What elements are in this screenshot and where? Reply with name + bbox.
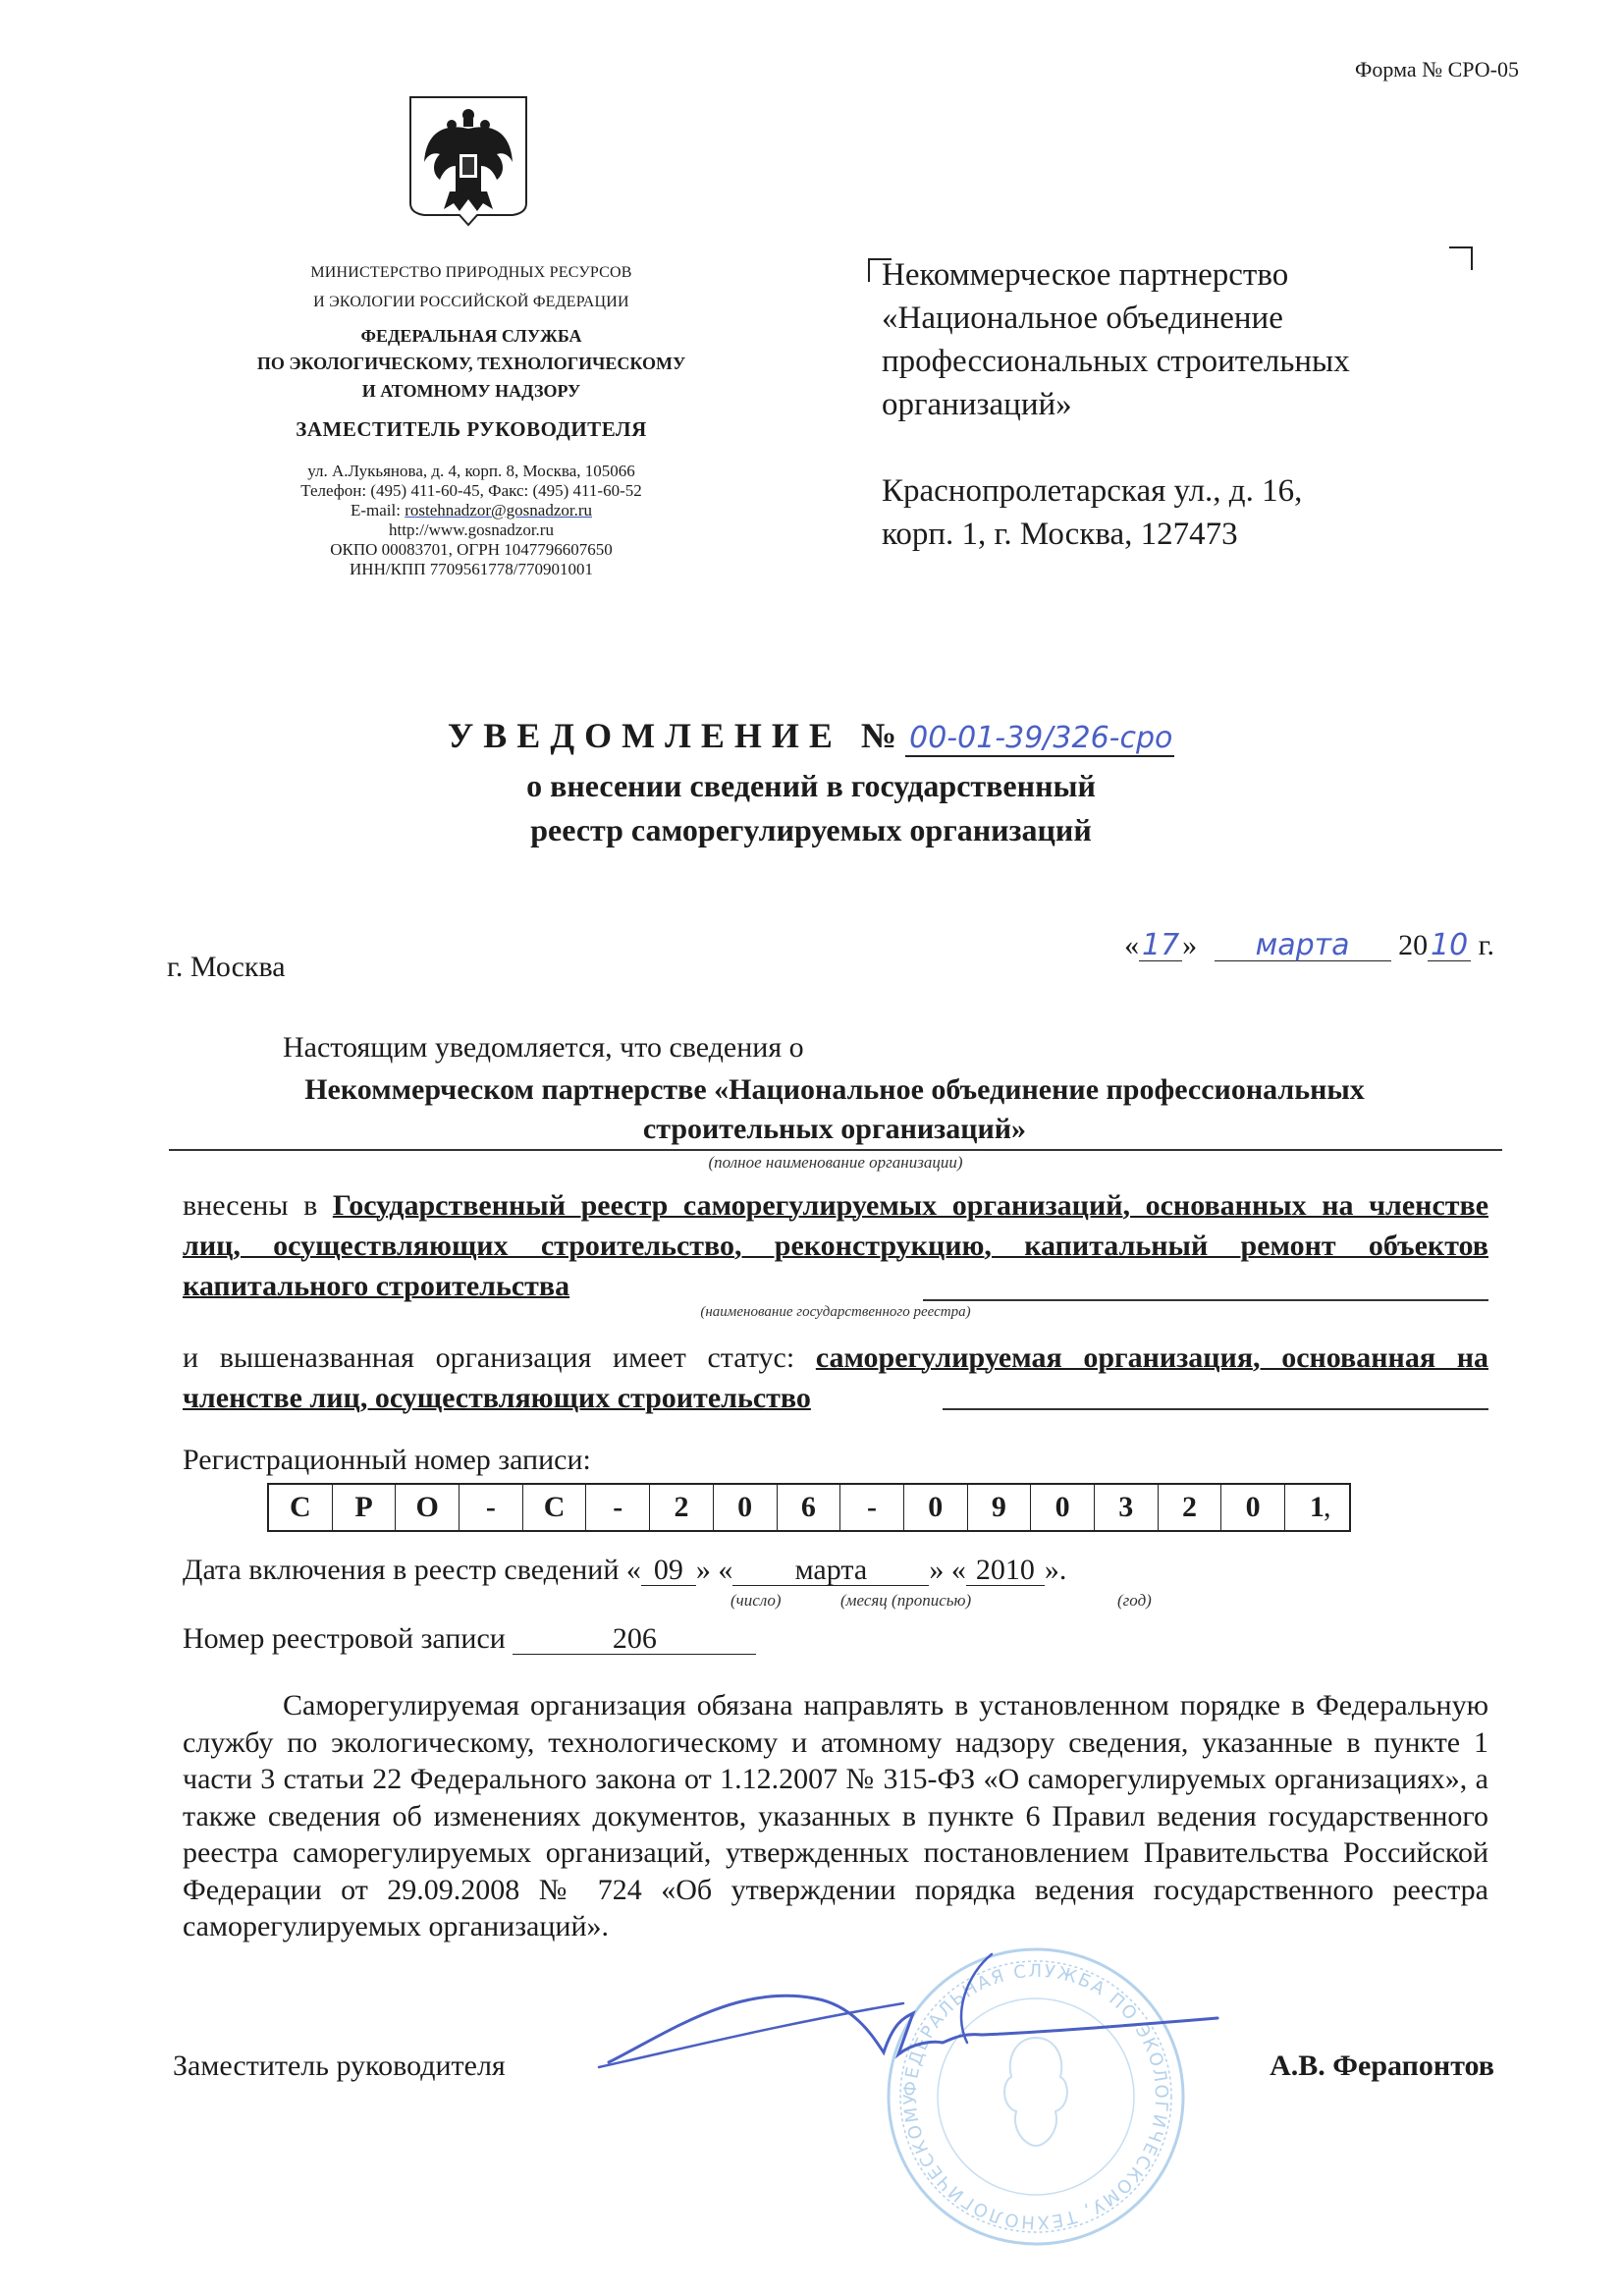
issue-year-suffix: 10	[1428, 931, 1471, 961]
service-line-1: ФЕДЕРАЛЬНАЯ СЛУЖБА	[177, 322, 766, 350]
reg-number-cell: 3	[1095, 1485, 1159, 1530]
inn-kpp: ИНН/КПП 7709561778/770901001	[177, 560, 766, 579]
caption-year: (год)	[1117, 1591, 1152, 1611]
obligation-paragraph: Саморегулируемая организация обязана нап…	[183, 1687, 1488, 1945]
quote-close: »	[1182, 929, 1197, 961]
reg-number-comma: ,	[1324, 1491, 1331, 1524]
recipient-line: профессиональных строительных	[882, 340, 1350, 383]
organization-full-name: Некоммерческом партнерстве «Национальное…	[167, 1070, 1502, 1149]
ministry-line-2: И ЭКОЛОГИИ РОССИЙСКОЙ ФЕДЕРАЦИИ	[177, 289, 766, 316]
recipient-address-line: Краснопролетарская ул., д. 16,	[882, 469, 1350, 513]
reg-number-cell: 0	[714, 1485, 778, 1530]
reg-number-cell: С	[523, 1485, 587, 1530]
email-link[interactable]: rostehnadzor@gosnadzor.ru	[405, 501, 592, 519]
registry-prefix: внесены в	[183, 1189, 333, 1222]
issue-day: 17	[1139, 931, 1182, 961]
ministry-line-1: МИНИСТЕРСТВО ПРИРОДНЫХ РЕСУРСОВ	[177, 257, 766, 289]
year-mark: г.	[1479, 929, 1494, 961]
issue-month: марта	[1215, 931, 1391, 961]
inclusion-day: 09	[641, 1556, 696, 1586]
sender-block: МИНИСТЕРСТВО ПРИРОДНЫХ РЕСУРСОВ И ЭКОЛОГ…	[177, 257, 766, 579]
caption-month: (месяц (прописью)	[840, 1591, 971, 1611]
reg-number-cell: 0	[1221, 1485, 1285, 1530]
status-prefix: и вышеназванная организация имеет статус…	[183, 1341, 816, 1374]
inclusion-month: марта	[732, 1556, 929, 1586]
place: г. Москва	[167, 951, 286, 984]
status-block: и вышеназванная организация имеет статус…	[183, 1338, 1488, 1418]
inclusion-date: Дата включения в реестр сведений «09» «м…	[183, 1554, 1066, 1587]
form-number: Форма № СРО-05	[1355, 57, 1519, 82]
inclusion-label: Дата включения в реестр сведений	[183, 1554, 619, 1586]
notice-number: 00-01-39/326-сро	[905, 722, 1174, 757]
org-name-line-1: Некоммерческом партнерстве «Национальное…	[167, 1070, 1502, 1110]
signatory-name: А.В. Ферапонтов	[1270, 2050, 1494, 2083]
year-prefix: 20	[1398, 929, 1428, 961]
recipient-corner-right	[1449, 246, 1473, 270]
document-title: УВЕДОМЛЕНИЕ № 00-01-39/326-сро	[0, 715, 1622, 757]
reg-number-cell: О	[396, 1485, 460, 1530]
record-number: 206	[513, 1624, 756, 1655]
subtitle-line-2: реестр саморегулируемых организаций	[0, 808, 1622, 852]
reg-number-cell: 6	[778, 1485, 841, 1530]
reg-number-cell: Р	[333, 1485, 397, 1530]
title-heading: УВЕДОМЛЕНИЕ	[448, 716, 842, 755]
record-number-label: Номер реестровой записи	[183, 1622, 506, 1655]
email-label: E-mail:	[351, 501, 405, 519]
inclusion-year: 2010	[966, 1556, 1045, 1586]
intro-text: Настоящим уведомляется, что сведения о	[283, 1031, 804, 1065]
number-sign: №	[861, 716, 896, 755]
registry-rule	[923, 1299, 1488, 1301]
org-caption: (полное наименование организации)	[169, 1153, 1502, 1173]
recipient-block: Некоммерческое партнерство «Национальное…	[882, 253, 1350, 556]
reg-number-cell: -	[840, 1485, 904, 1530]
org-name-rule	[169, 1149, 1502, 1151]
coat-of-arms-icon	[405, 93, 532, 231]
recipient-address-line: корп. 1, г. Москва, 127473	[882, 513, 1350, 556]
website-link[interactable]: http://www.gosnadzor.ru	[177, 520, 766, 540]
subtitle-line-1: о внесении сведений в государственный	[0, 764, 1622, 808]
caption-day: (число)	[730, 1591, 782, 1611]
reg-number-cell: 0	[904, 1485, 968, 1530]
status-rule	[943, 1408, 1488, 1410]
service-line-3: И АТОМНОМУ НАДЗОРУ	[177, 377, 766, 405]
okpo-ogrn: ОКПО 00083701, ОГРН 1047796607650	[177, 540, 766, 560]
reg-number-cell: С	[269, 1485, 333, 1530]
quote-open: «	[1124, 929, 1139, 961]
reg-number-cell: 2	[650, 1485, 714, 1530]
issue-date: «17» марта 2010 г.	[1124, 929, 1494, 962]
reg-number-cell: 2	[1159, 1485, 1222, 1530]
reg-number-cell: 0	[1031, 1485, 1095, 1530]
registry-block: внесены в Государственный реестр саморег…	[183, 1185, 1488, 1306]
recipient-line: «Национальное объединение	[882, 297, 1350, 340]
service-line-2: ПО ЭКОЛОГИЧЕСКОМУ, ТЕХНОЛОГИЧЕСКОМУ	[177, 350, 766, 377]
org-name-line-2: строительных организаций»	[167, 1110, 1502, 1149]
sender-address: ул. А.Лукьянова, д. 4, корп. 8, Москва, …	[177, 462, 766, 481]
reg-number-cell: -	[460, 1485, 523, 1530]
record-number-row: Номер реестровой записи 206	[183, 1622, 756, 1656]
recipient-line: организаций»	[882, 383, 1350, 426]
registry-name: Государственный реестр саморегулируемых …	[183, 1189, 1488, 1302]
handwritten-signature-icon	[589, 1944, 1237, 2082]
sender-phone: Телефон: (495) 411-60-45, Факс: (495) 41…	[177, 481, 766, 501]
recipient-line: Некоммерческое партнерство	[882, 253, 1350, 297]
document-subtitle: о внесении сведений в государственный ре…	[0, 764, 1622, 852]
reg-number-boxes: С Р О - С - 2 0 6 - 0 9 0 3 2 0 1	[267, 1483, 1351, 1532]
reg-number-cell: -	[586, 1485, 650, 1530]
reg-number-cell: 1	[1285, 1485, 1349, 1530]
registry-caption: (наименование государственного реестра)	[183, 1304, 1488, 1321]
obligation-text: Саморегулируемая организация обязана нап…	[183, 1687, 1488, 1945]
signatory-title: Заместитель руководителя	[173, 2050, 506, 2083]
reg-number-cell: 9	[968, 1485, 1032, 1530]
sender-position: ЗАМЕСТИТЕЛЬ РУКОВОДИТЕЛЯ	[177, 412, 766, 446]
reg-number-label: Регистрационный номер записи:	[183, 1444, 591, 1477]
